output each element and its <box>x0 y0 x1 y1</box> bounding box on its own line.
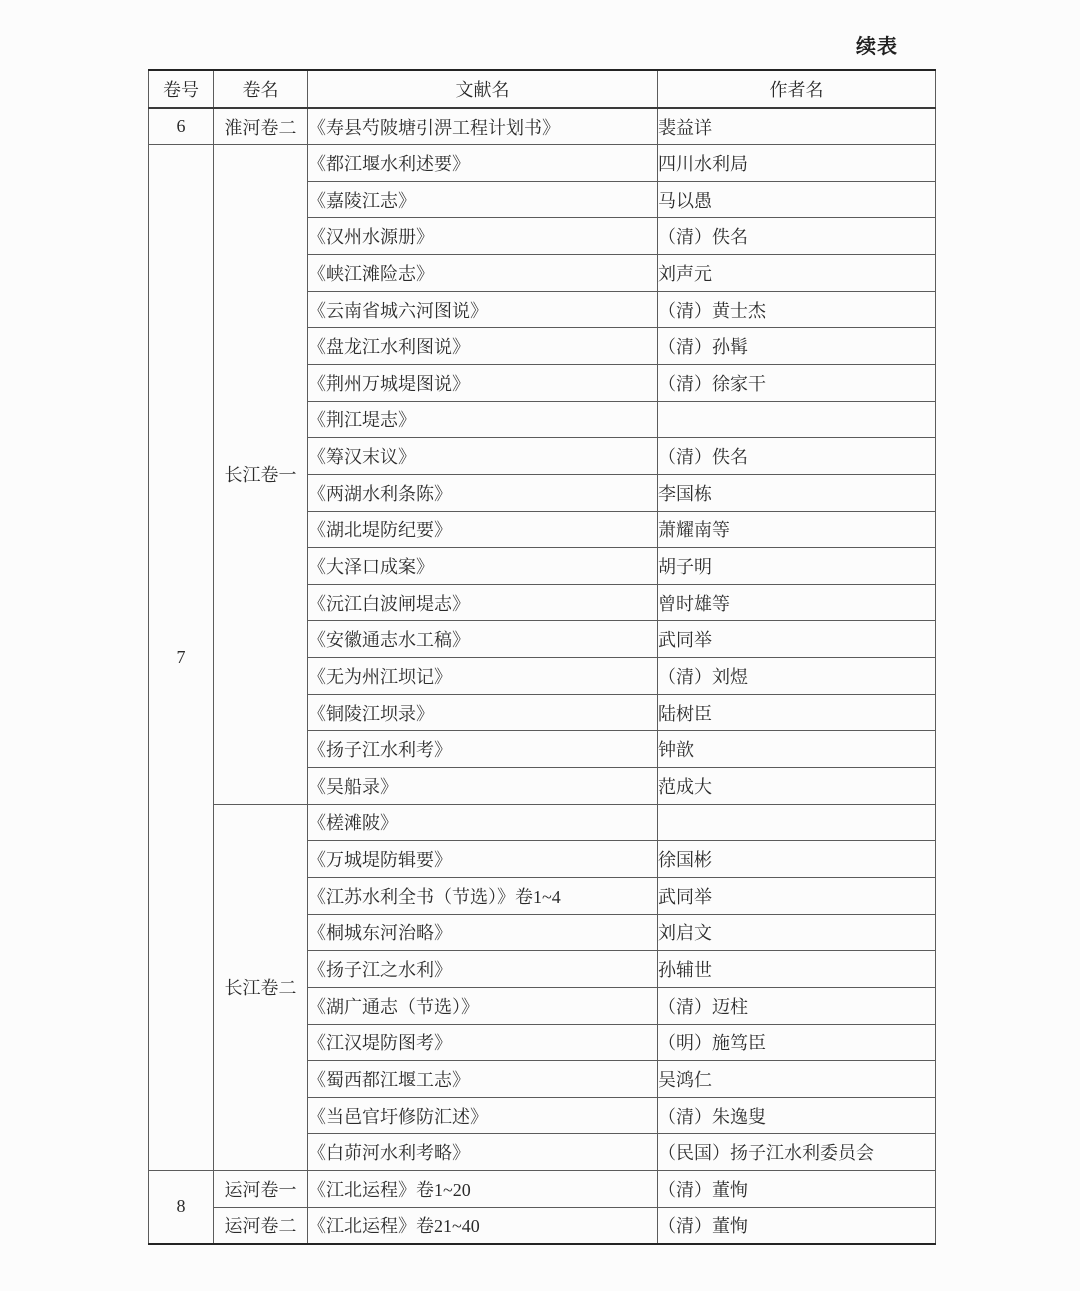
volume-name-cell: 长江卷二 <box>214 804 308 1170</box>
document-title-cell: 《都江堰水利述要》 <box>308 145 658 182</box>
document-title-cell: 《扬子江之水利》 <box>308 951 658 988</box>
document-title-cell: 《白茆河水利考略》 <box>308 1134 658 1171</box>
table-row: 长江卷二《槎滩陂》 <box>149 804 936 841</box>
author-cell: 萧耀南等 <box>658 511 936 548</box>
author-cell: （清）迈柱 <box>658 987 936 1024</box>
document-title-cell: 《筹汉末议》 <box>308 438 658 475</box>
volume-name-cell: 淮河卷二 <box>214 108 308 145</box>
column-header-volume-name: 卷名 <box>214 70 308 108</box>
author-cell: 四川水利局 <box>658 145 936 182</box>
document-title-cell: 《江苏水利全书（节选）》卷1~4 <box>308 877 658 914</box>
column-header-volume-number: 卷号 <box>149 70 214 108</box>
page: 续表 卷号 卷名 文献名 作者名 6淮河卷二《寿县芍陂塘引淠工程计划书》裴益详7… <box>0 0 1080 1291</box>
table-row: 运河卷二《江北运程》卷21~40（清）董恂 <box>149 1207 936 1244</box>
table-header: 卷号 卷名 文献名 作者名 <box>149 70 936 108</box>
document-title-cell: 《大泽口成案》 <box>308 548 658 585</box>
column-header-document-name: 文献名 <box>308 70 658 108</box>
document-title-cell: 《嘉陵江志》 <box>308 181 658 218</box>
document-title-cell: 《荆州万城堤图说》 <box>308 364 658 401</box>
author-cell: （清）朱逸叟 <box>658 1097 936 1134</box>
author-cell: 钟歆 <box>658 731 936 768</box>
author-cell: （清）佚名 <box>658 218 936 255</box>
continued-table-label: 续表 <box>148 30 935 59</box>
table-body: 6淮河卷二《寿县芍陂塘引淠工程计划书》裴益详7长江卷一《都江堰水利述要》四川水利… <box>149 108 936 1244</box>
author-cell: 马以愚 <box>658 181 936 218</box>
document-title-cell: 《扬子江水利考》 <box>308 731 658 768</box>
documents-table: 卷号 卷名 文献名 作者名 6淮河卷二《寿县芍陂塘引淠工程计划书》裴益详7长江卷… <box>148 69 936 1245</box>
author-cell: （清）董恂 <box>658 1171 936 1208</box>
document-title-cell: 《荆江堤志》 <box>308 401 658 438</box>
author-cell: 曾时雄等 <box>658 584 936 621</box>
document-title-cell: 《桐城东河治略》 <box>308 914 658 951</box>
author-cell: 孙辅世 <box>658 951 936 988</box>
author-cell: （民国）扬子江水利委员会 <box>658 1134 936 1171</box>
author-cell: 刘启文 <box>658 914 936 951</box>
author-cell: 范成大 <box>658 768 936 805</box>
document-title-cell: 《江汉堤防图考》 <box>308 1024 658 1061</box>
document-title-cell: 《当邑官圩修防汇述》 <box>308 1097 658 1134</box>
table-row: 6淮河卷二《寿县芍陂塘引淠工程计划书》裴益详 <box>149 108 936 145</box>
author-cell: （清）董恂 <box>658 1207 936 1244</box>
author-cell: 徐国彬 <box>658 841 936 878</box>
document-title-cell: 《寿县芍陂塘引淠工程计划书》 <box>308 108 658 145</box>
document-title-cell: 《沅江白波闸堤志》 <box>308 584 658 621</box>
document-title-cell: 《安徽通志水工稿》 <box>308 621 658 658</box>
author-cell: 武同举 <box>658 621 936 658</box>
column-header-author-name: 作者名 <box>658 70 936 108</box>
author-cell: 胡子明 <box>658 548 936 585</box>
table-zone: 续表 卷号 卷名 文献名 作者名 6淮河卷二《寿县芍陂塘引淠工程计划书》裴益详7… <box>148 30 935 1245</box>
document-title-cell: 《两湖水利条陈》 <box>308 474 658 511</box>
author-cell: 武同举 <box>658 877 936 914</box>
table-row: 8运河卷一《江北运程》卷1~20（清）董恂 <box>149 1171 936 1208</box>
document-title-cell: 《吴船录》 <box>308 768 658 805</box>
document-title-cell: 《江北运程》卷21~40 <box>308 1207 658 1244</box>
header-row: 卷号 卷名 文献名 作者名 <box>149 70 936 108</box>
document-title-cell: 《无为州江坝记》 <box>308 658 658 695</box>
document-title-cell: 《峡江滩险志》 <box>308 255 658 292</box>
author-cell: （清）孙髯 <box>658 328 936 365</box>
document-title-cell: 《云南省城六河图说》 <box>308 291 658 328</box>
author-cell: 裴益详 <box>658 108 936 145</box>
table-row: 7长江卷一《都江堰水利述要》四川水利局 <box>149 145 936 182</box>
author-cell: 吴鸿仁 <box>658 1061 936 1098</box>
document-title-cell: 《湖北堤防纪要》 <box>308 511 658 548</box>
volume-number-cell: 7 <box>149 145 214 1171</box>
document-title-cell: 《万城堤防辑要》 <box>308 841 658 878</box>
volume-number-cell: 6 <box>149 108 214 145</box>
document-title-cell: 《江北运程》卷1~20 <box>308 1171 658 1208</box>
volume-name-cell: 运河卷一 <box>214 1171 308 1208</box>
document-title-cell: 《盘龙江水利图说》 <box>308 328 658 365</box>
volume-name-cell: 运河卷二 <box>214 1207 308 1244</box>
author-cell: （清）佚名 <box>658 438 936 475</box>
author-cell: （清）黄士杰 <box>658 291 936 328</box>
document-title-cell: 《湖广通志（节选）》 <box>308 987 658 1024</box>
document-title-cell: 《汉州水源册》 <box>308 218 658 255</box>
author-cell <box>658 401 936 438</box>
author-cell: 刘声元 <box>658 255 936 292</box>
volume-number-cell: 8 <box>149 1171 214 1244</box>
author-cell: 李国栋 <box>658 474 936 511</box>
author-cell: （清）徐家干 <box>658 364 936 401</box>
author-cell: 陆树臣 <box>658 694 936 731</box>
document-title-cell: 《蜀西都江堰工志》 <box>308 1061 658 1098</box>
document-title-cell: 《槎滩陂》 <box>308 804 658 841</box>
author-cell <box>658 804 936 841</box>
volume-name-cell: 长江卷一 <box>214 145 308 805</box>
author-cell: （明）施笃臣 <box>658 1024 936 1061</box>
document-title-cell: 《铜陵江坝录》 <box>308 694 658 731</box>
author-cell: （清）刘煜 <box>658 658 936 695</box>
